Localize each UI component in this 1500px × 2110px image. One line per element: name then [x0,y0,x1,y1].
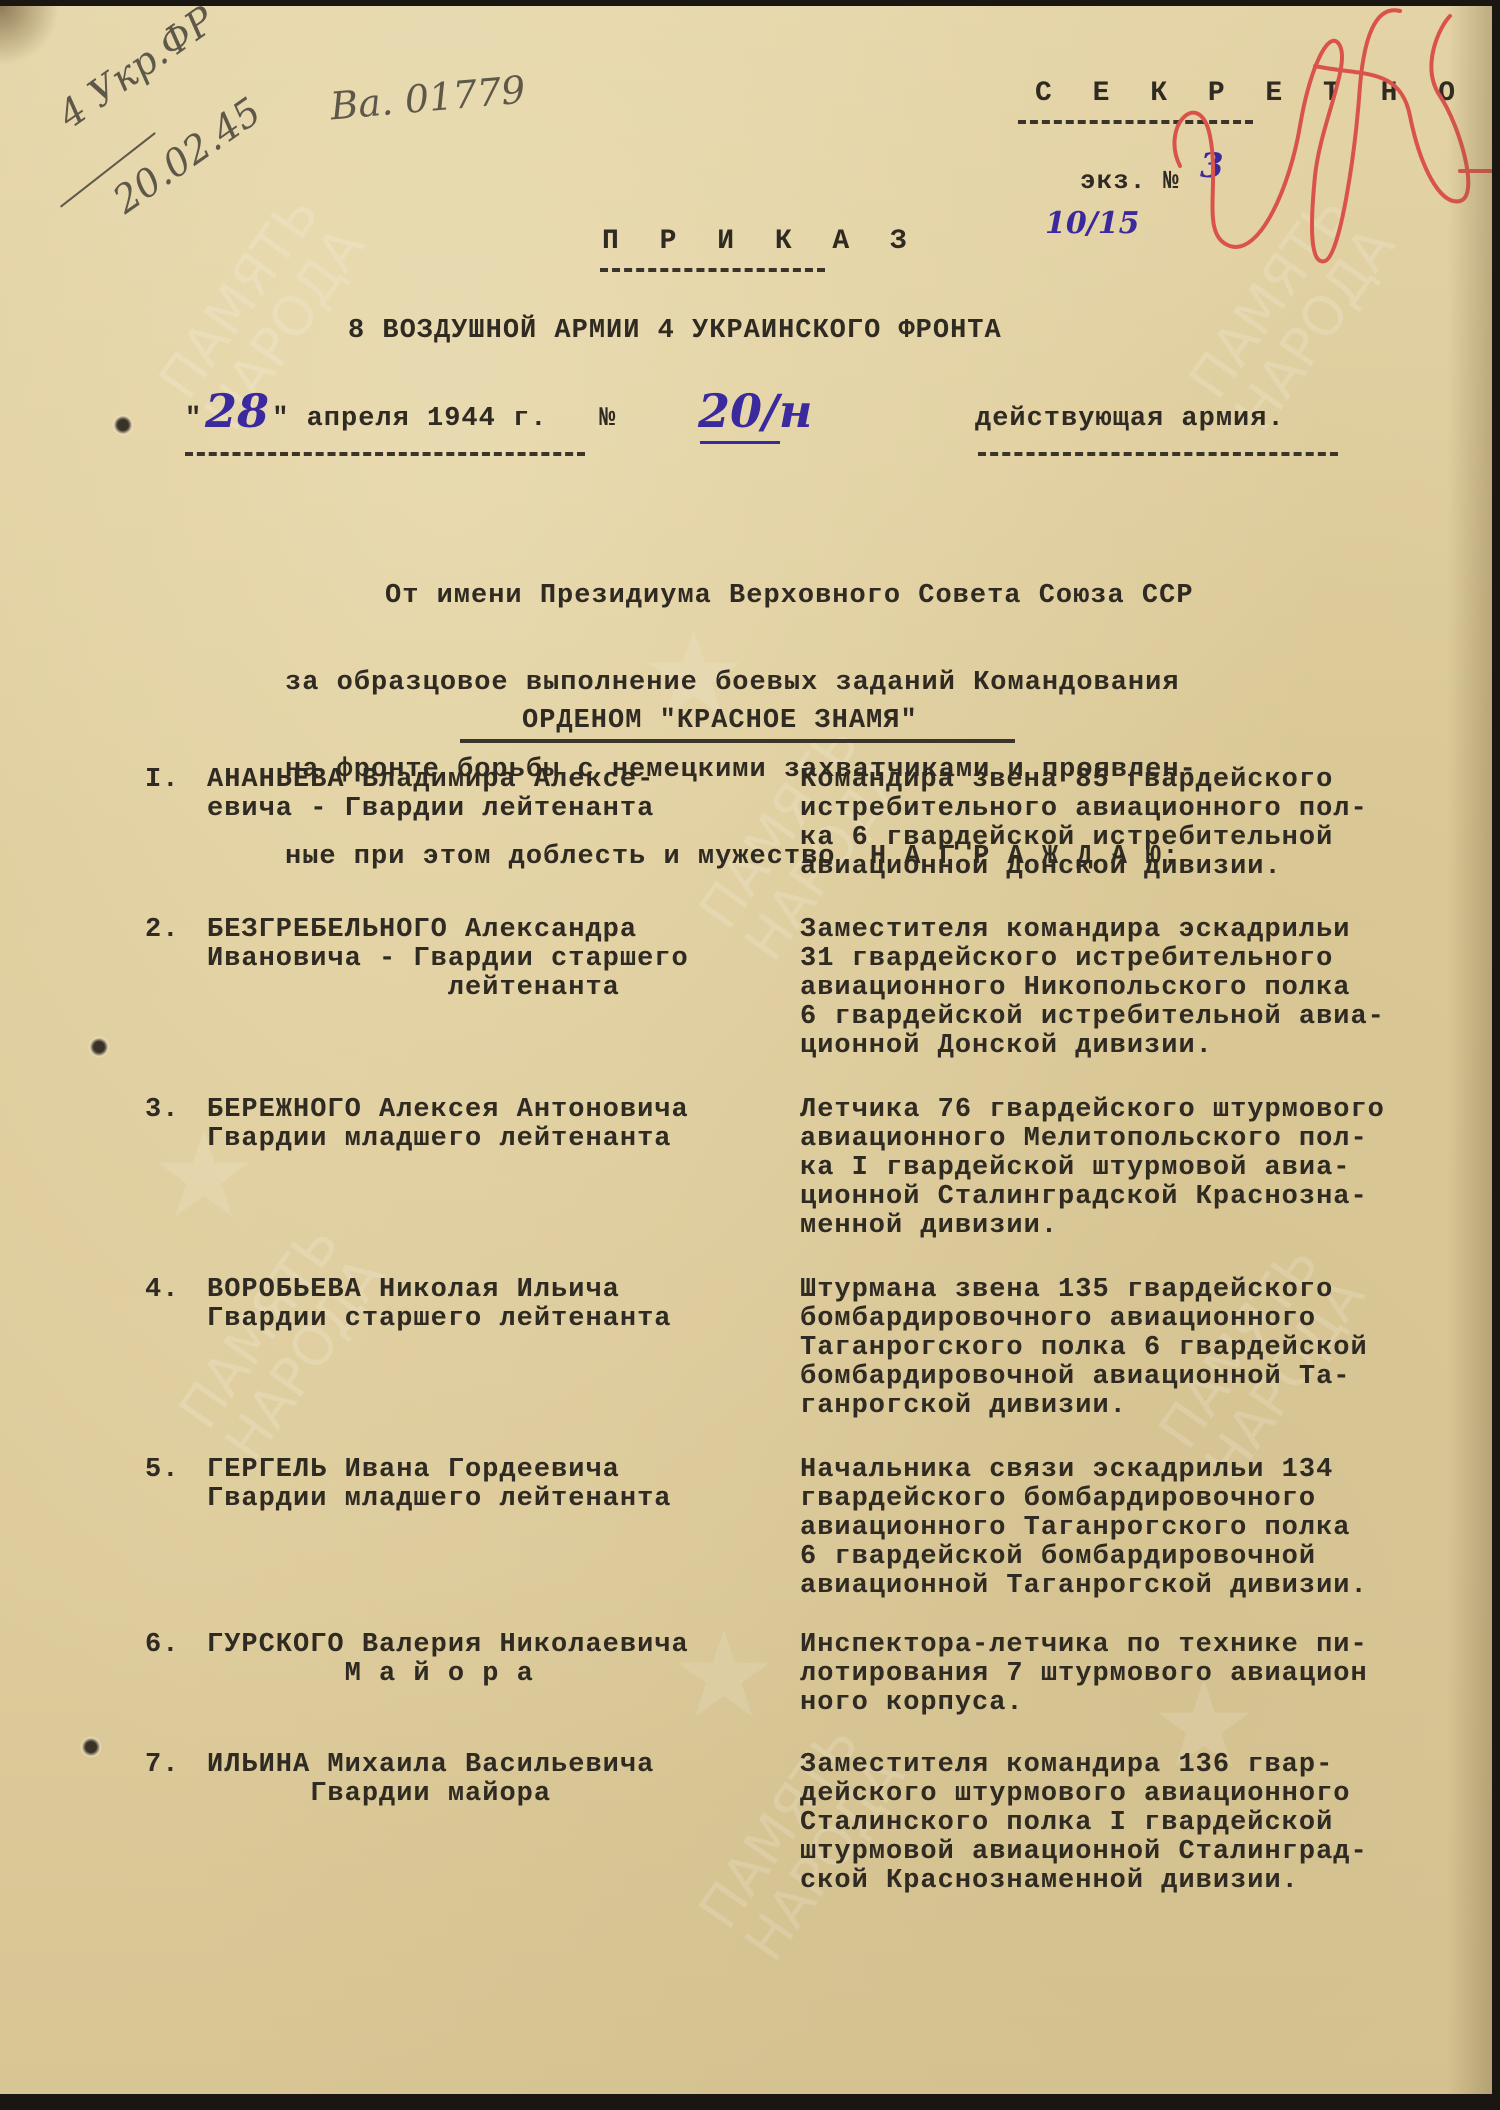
entry-number: I. [145,766,179,795]
name-line: ГЕРГЕЛЬ Ивана Гордеевича [207,1456,671,1485]
position-line: Заместителя командира 136 гвар- [800,1751,1368,1780]
position-line: менной дивизии. [800,1212,1385,1241]
punch-hole [88,1036,110,1058]
entry-number: 5. [145,1456,179,1485]
entry-position: Заместителя командира эскадрильи31 гвард… [800,916,1385,1061]
position-line: авиационной Таганрогской дивизии. [800,1572,1368,1601]
entry-name-rank: ГУРСКОГО Валерия Николаевича М а й о р а [207,1631,689,1689]
date-underline [185,452,585,456]
entry-name-rank: БЕРЕЖНОГО Алексея АнтоновичаГвардии млад… [207,1096,689,1154]
violet-registration-mark: 10/15 [1045,211,1139,237]
date-day: 28 [205,384,269,438]
order-title: П Р И К А З [602,226,919,257]
entry-position: Штурмана звена 135 гвардейскогобомбардир… [800,1276,1368,1421]
archive-note-3: Ва. 01779 [328,68,527,129]
position-line: Сталинского полка I гвардейской [800,1809,1368,1838]
position-line: истребительного авиационного пол- [800,795,1368,824]
entry-number: 6. [145,1631,179,1660]
position-line: штурмовой авиационной Сталинград- [800,1838,1368,1867]
entry-name-rank: ИЛЬИНА Михаила Васильевича Гвардии майор… [207,1751,654,1809]
entry-position: Летчика 76 гвардейского штурмовогоавиаци… [800,1096,1385,1241]
entry-name-rank: АНАНЬЕВА Владимира Алексе-евича - Гварди… [207,766,654,824]
entry-name-rank: БЕЗГРЕБЕЛЬНОГО АлександраИвановича - Гва… [207,916,689,1003]
archive-note-1: 4 Укр.ФР [50,6,223,137]
name-line: БЕЗГРЕБЕЛЬНОГО Александра [207,916,689,945]
position-line: авиационного Таганрогского полка [800,1514,1368,1543]
position-line: Инспектора-летчика по технике пи- [800,1631,1368,1660]
location-underline [978,452,1338,456]
position-line: авиационного Мелитопольского пол- [800,1125,1385,1154]
entry-number: 7. [145,1751,179,1780]
name-line: ИЛЬИНА Михаила Васильевича [207,1751,654,1780]
position-line: Таганрогского полка 6 гвардейской [800,1334,1368,1363]
name-line: Гвардии младшего лейтенанта [207,1485,671,1514]
name-line: лейтенанта [207,974,689,1003]
position-line: гвардейского бомбардировочного [800,1485,1368,1514]
name-line: ВОРОБЬЕВА Николая Ильича [207,1276,671,1305]
entry-position: Начальника связи эскадрильи 134гвардейск… [800,1456,1368,1601]
position-line: ка 6 гвардейской истребительной [800,824,1368,853]
issuer-line: 8 ВОЗДУШНОЙ АРМИИ 4 УКРАИНСКОГО ФРОНТА [348,316,1002,346]
position-line: бомбардировочного авиационного [800,1305,1368,1334]
name-line: Ивановича - Гвардии старшего [207,945,689,974]
entry-number: 2. [145,916,179,945]
position-line: 6 гвардейской истребительной авиа- [800,1003,1385,1032]
entry-name-rank: ГЕРГЕЛЬ Ивана ГордеевичаГвардии младшего… [207,1456,671,1514]
position-line: 6 гвардейской бомбардировочной [800,1543,1368,1572]
name-line: евича - Гвардии лейтенанта [207,795,654,824]
location-line: действующая армия. [975,404,1285,434]
date-month-year: апреля 1944 г. [307,404,548,434]
order-number: 20/н [698,384,812,438]
name-line: АНАНЬЕВА Владимира Алексе- [207,766,654,795]
preamble-line: за образцовое выполнение боевых заданий … [285,669,1197,698]
position-line: ного корпуса. [800,1689,1368,1718]
position-line: бомбардировочной авиационной Та- [800,1363,1368,1392]
red-signature-mark [1140,6,1492,276]
order-number-underline [700,441,780,444]
preamble-line: От имени Президиума Верховного Совета Со… [285,582,1197,611]
entry-position: Инспектора-летчика по технике пи-лотиров… [800,1631,1368,1718]
position-line: 31 гвардейского истребительного [800,945,1385,974]
corner-stain [0,6,60,66]
order-number-sign: № [599,404,616,434]
entry-name-rank: ВОРОБЬЕВА Николая ИльичаГвардии старшего… [207,1276,671,1334]
punch-hole [80,1736,102,1758]
position-line: авиационного Никопольского полка [800,974,1385,1003]
position-line: ской Краснознаменной дивизии. [800,1867,1368,1896]
award-heading: ОРДЕНОМ "КРАСНОЕ ЗНАМЯ" [522,706,918,736]
position-line: ганрогской дивизии. [800,1392,1368,1421]
award-heading-underline [460,739,1015,743]
order-title-underline [600,268,825,272]
position-line: Начальника связи эскадрильи 134 [800,1456,1368,1485]
name-line: Гвардии младшего лейтенанта [207,1125,689,1154]
document-page: ПАМЯТЬ НАРОДА ПАМЯТЬ НАРОДА ПАМЯТЬ НАРОД… [0,6,1492,2094]
position-line: Заместителя командира эскадрильи [800,916,1385,945]
position-line: дейского штурмового авиационного [800,1780,1368,1809]
position-line: Командира звена 85 гвардейского [800,766,1368,795]
watermark: ПАМЯТЬ НАРОДА [170,1216,395,1470]
name-line: М а й о р а [207,1660,689,1689]
position-line: ционной Сталинградской Краснозна- [800,1183,1385,1212]
name-line: Гвардии майора [207,1780,654,1809]
entry-number: 4. [145,1276,179,1305]
position-line: Летчика 76 гвардейского штурмового [800,1096,1385,1125]
entry-position: Заместителя командира 136 гвар-дейского … [800,1751,1368,1896]
position-line: авиационной Донской дивизии. [800,853,1368,882]
position-line: лотирования 7 штурмового авиацион [800,1660,1368,1689]
entry-position: Командира звена 85 гвардейскогоистребите… [800,766,1368,882]
name-line: БЕРЕЖНОГО Алексея Антоновича [207,1096,689,1125]
punch-hole [112,414,134,436]
entry-number: 3. [145,1096,179,1125]
position-line: ционной Донской дивизии. [800,1032,1385,1061]
name-line: Гвардии старшего лейтенанта [207,1305,671,1334]
position-line: ка I гвардейской штурмовой авиа- [800,1154,1385,1183]
archive-note-2: 20.02.45 [105,89,269,222]
position-line: Штурмана звена 135 гвардейского [800,1276,1368,1305]
name-line: ГУРСКОГО Валерия Николаевича [207,1631,689,1660]
